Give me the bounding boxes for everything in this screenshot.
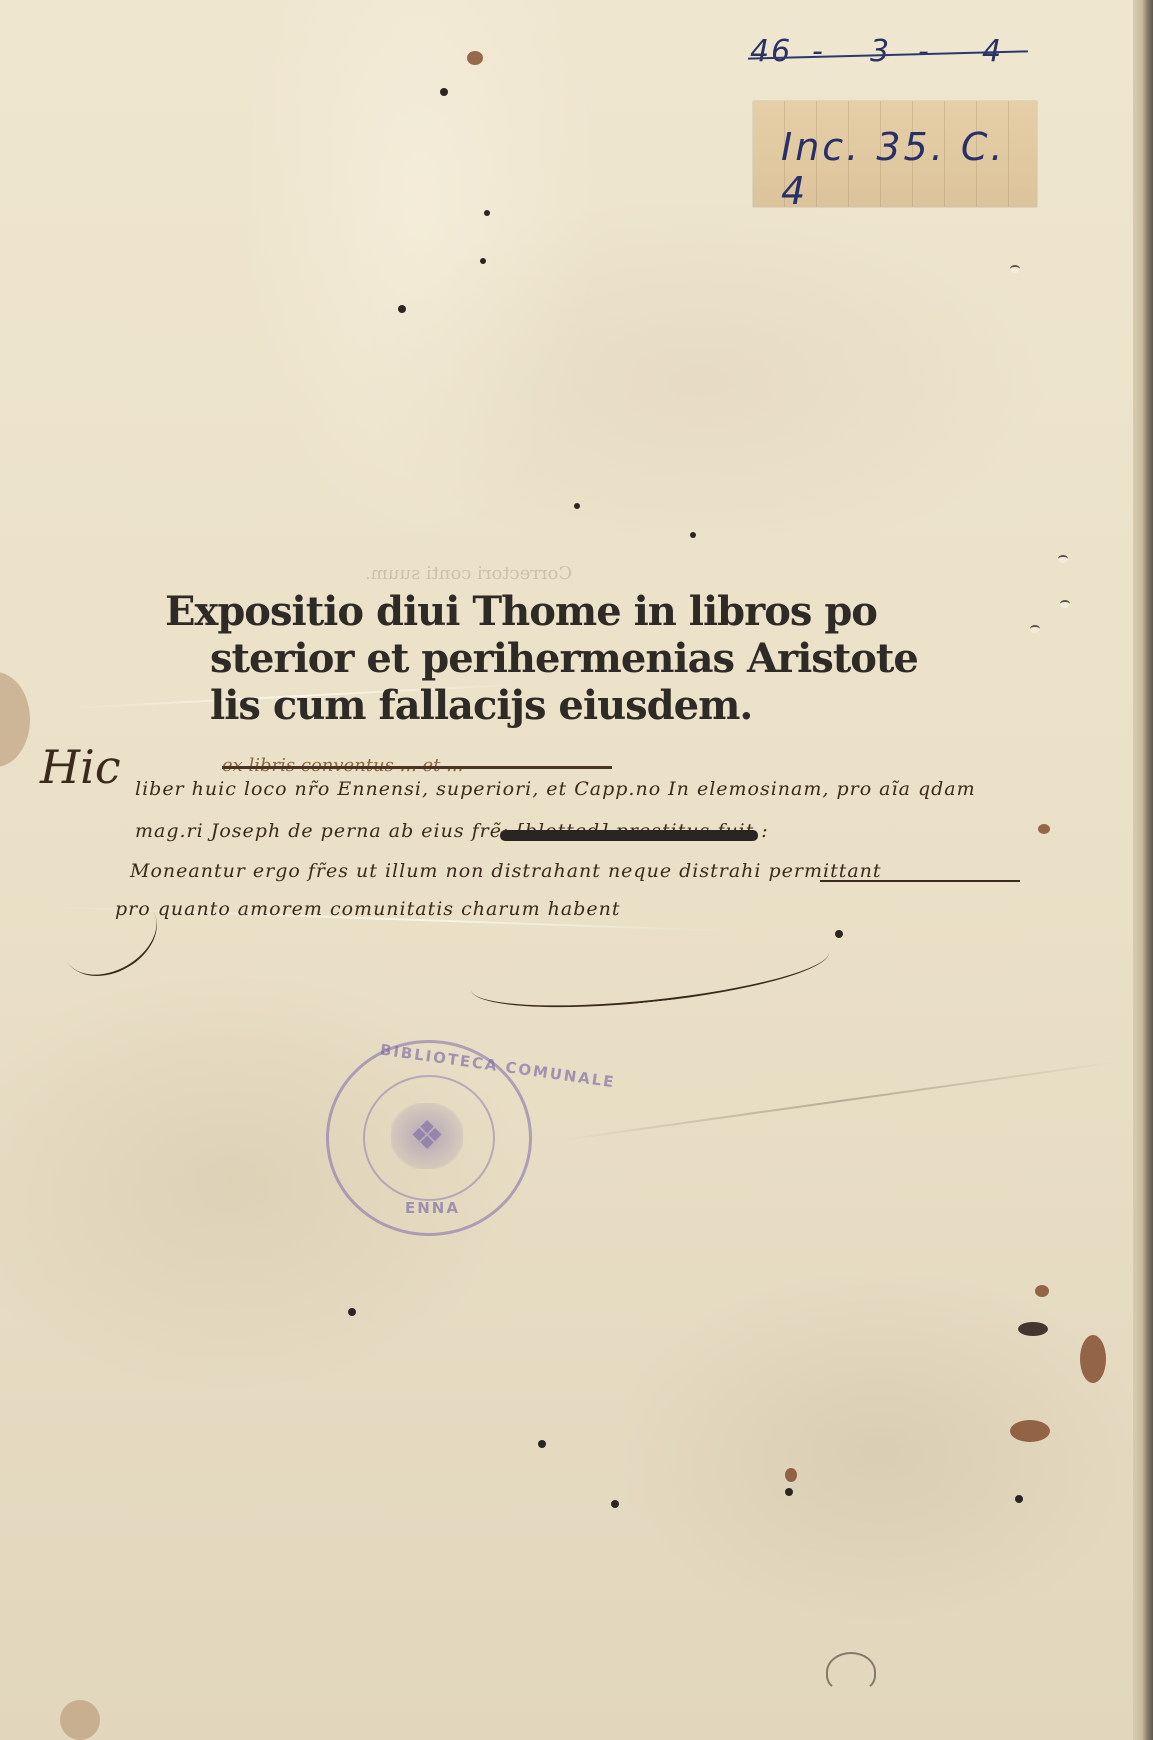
library-stamp: BIBLIOTECA COMUNALE ❖ ENNA bbox=[326, 1040, 532, 1236]
paper-tear bbox=[826, 1652, 876, 1692]
wormhole bbox=[440, 88, 448, 96]
ink-stain bbox=[1018, 1322, 1048, 1336]
ink-stain bbox=[785, 1468, 797, 1482]
document-page: 46 - 3 - 4 Inc. 35. C. 4 Correctori cont… bbox=[0, 0, 1140, 1740]
wormhole bbox=[484, 210, 490, 216]
wormhole bbox=[785, 1488, 793, 1496]
old-shelfmark: 46 - 3 - 4 bbox=[750, 34, 1030, 74]
ink-stain bbox=[1038, 824, 1050, 834]
wormhole bbox=[1060, 600, 1070, 608]
wormhole bbox=[348, 1308, 356, 1316]
wormhole bbox=[1030, 625, 1040, 633]
wormhole bbox=[1010, 265, 1020, 273]
foxing-stain bbox=[60, 1700, 100, 1740]
wormhole bbox=[1015, 1495, 1023, 1503]
stamp-bottom-text: ENNA bbox=[405, 1199, 460, 1217]
title-line: lis cum fallacijs eiusdem. bbox=[165, 682, 865, 729]
show-through-text: Correctori conti suum. bbox=[365, 563, 572, 584]
ink-stain bbox=[1035, 1285, 1049, 1297]
manuscript-line: Moneantur ergo fr̃es ut illum non distra… bbox=[130, 860, 882, 882]
manuscript-line: pro quanto amorem comunitatis charum hab… bbox=[115, 898, 621, 920]
title-line: Expositio diui Thome in libros po bbox=[165, 588, 865, 635]
struck-manuscript-line: ex libris conventus ... et ... bbox=[222, 755, 612, 775]
shelfmark-separator: - bbox=[918, 34, 931, 69]
pen-flourish bbox=[820, 860, 1020, 882]
ink-blot-redaction bbox=[500, 830, 758, 841]
shelfmark-label-text: Inc. 35. C. 4 bbox=[781, 125, 1037, 213]
wormhole bbox=[398, 305, 406, 313]
ink-stain bbox=[1080, 1335, 1106, 1383]
printed-title: Expositio diui Thome in libros po sterio… bbox=[165, 588, 865, 729]
wormhole bbox=[538, 1440, 546, 1448]
pen-flourish bbox=[468, 921, 833, 1020]
foxing-stain bbox=[0, 672, 30, 767]
binding-edge bbox=[1133, 0, 1153, 1740]
shelfmark-part: 3 bbox=[870, 34, 891, 69]
paper-crack bbox=[563, 1061, 1118, 1141]
manuscript-line: liber huic loco nr̃o Ennensi, superiori,… bbox=[135, 778, 976, 800]
pen-flourish bbox=[49, 880, 172, 992]
wormhole bbox=[480, 258, 486, 264]
ink-stain bbox=[1010, 1420, 1050, 1442]
shelfmark-part: 46 bbox=[750, 34, 792, 69]
wormhole bbox=[835, 930, 843, 938]
wormhole bbox=[574, 503, 580, 509]
shelfmark-separator: - bbox=[812, 34, 825, 69]
shelfmark-label: Inc. 35. C. 4 bbox=[753, 101, 1037, 207]
wormhole bbox=[690, 532, 696, 538]
ink-stain bbox=[467, 51, 483, 65]
title-line: sterior et perihermenias Aristote bbox=[165, 635, 865, 682]
manuscript-initial: Hic bbox=[40, 740, 121, 794]
wormhole bbox=[611, 1500, 619, 1508]
wormhole bbox=[1058, 555, 1068, 563]
eagle-emblem-icon: ❖ bbox=[391, 1103, 463, 1169]
